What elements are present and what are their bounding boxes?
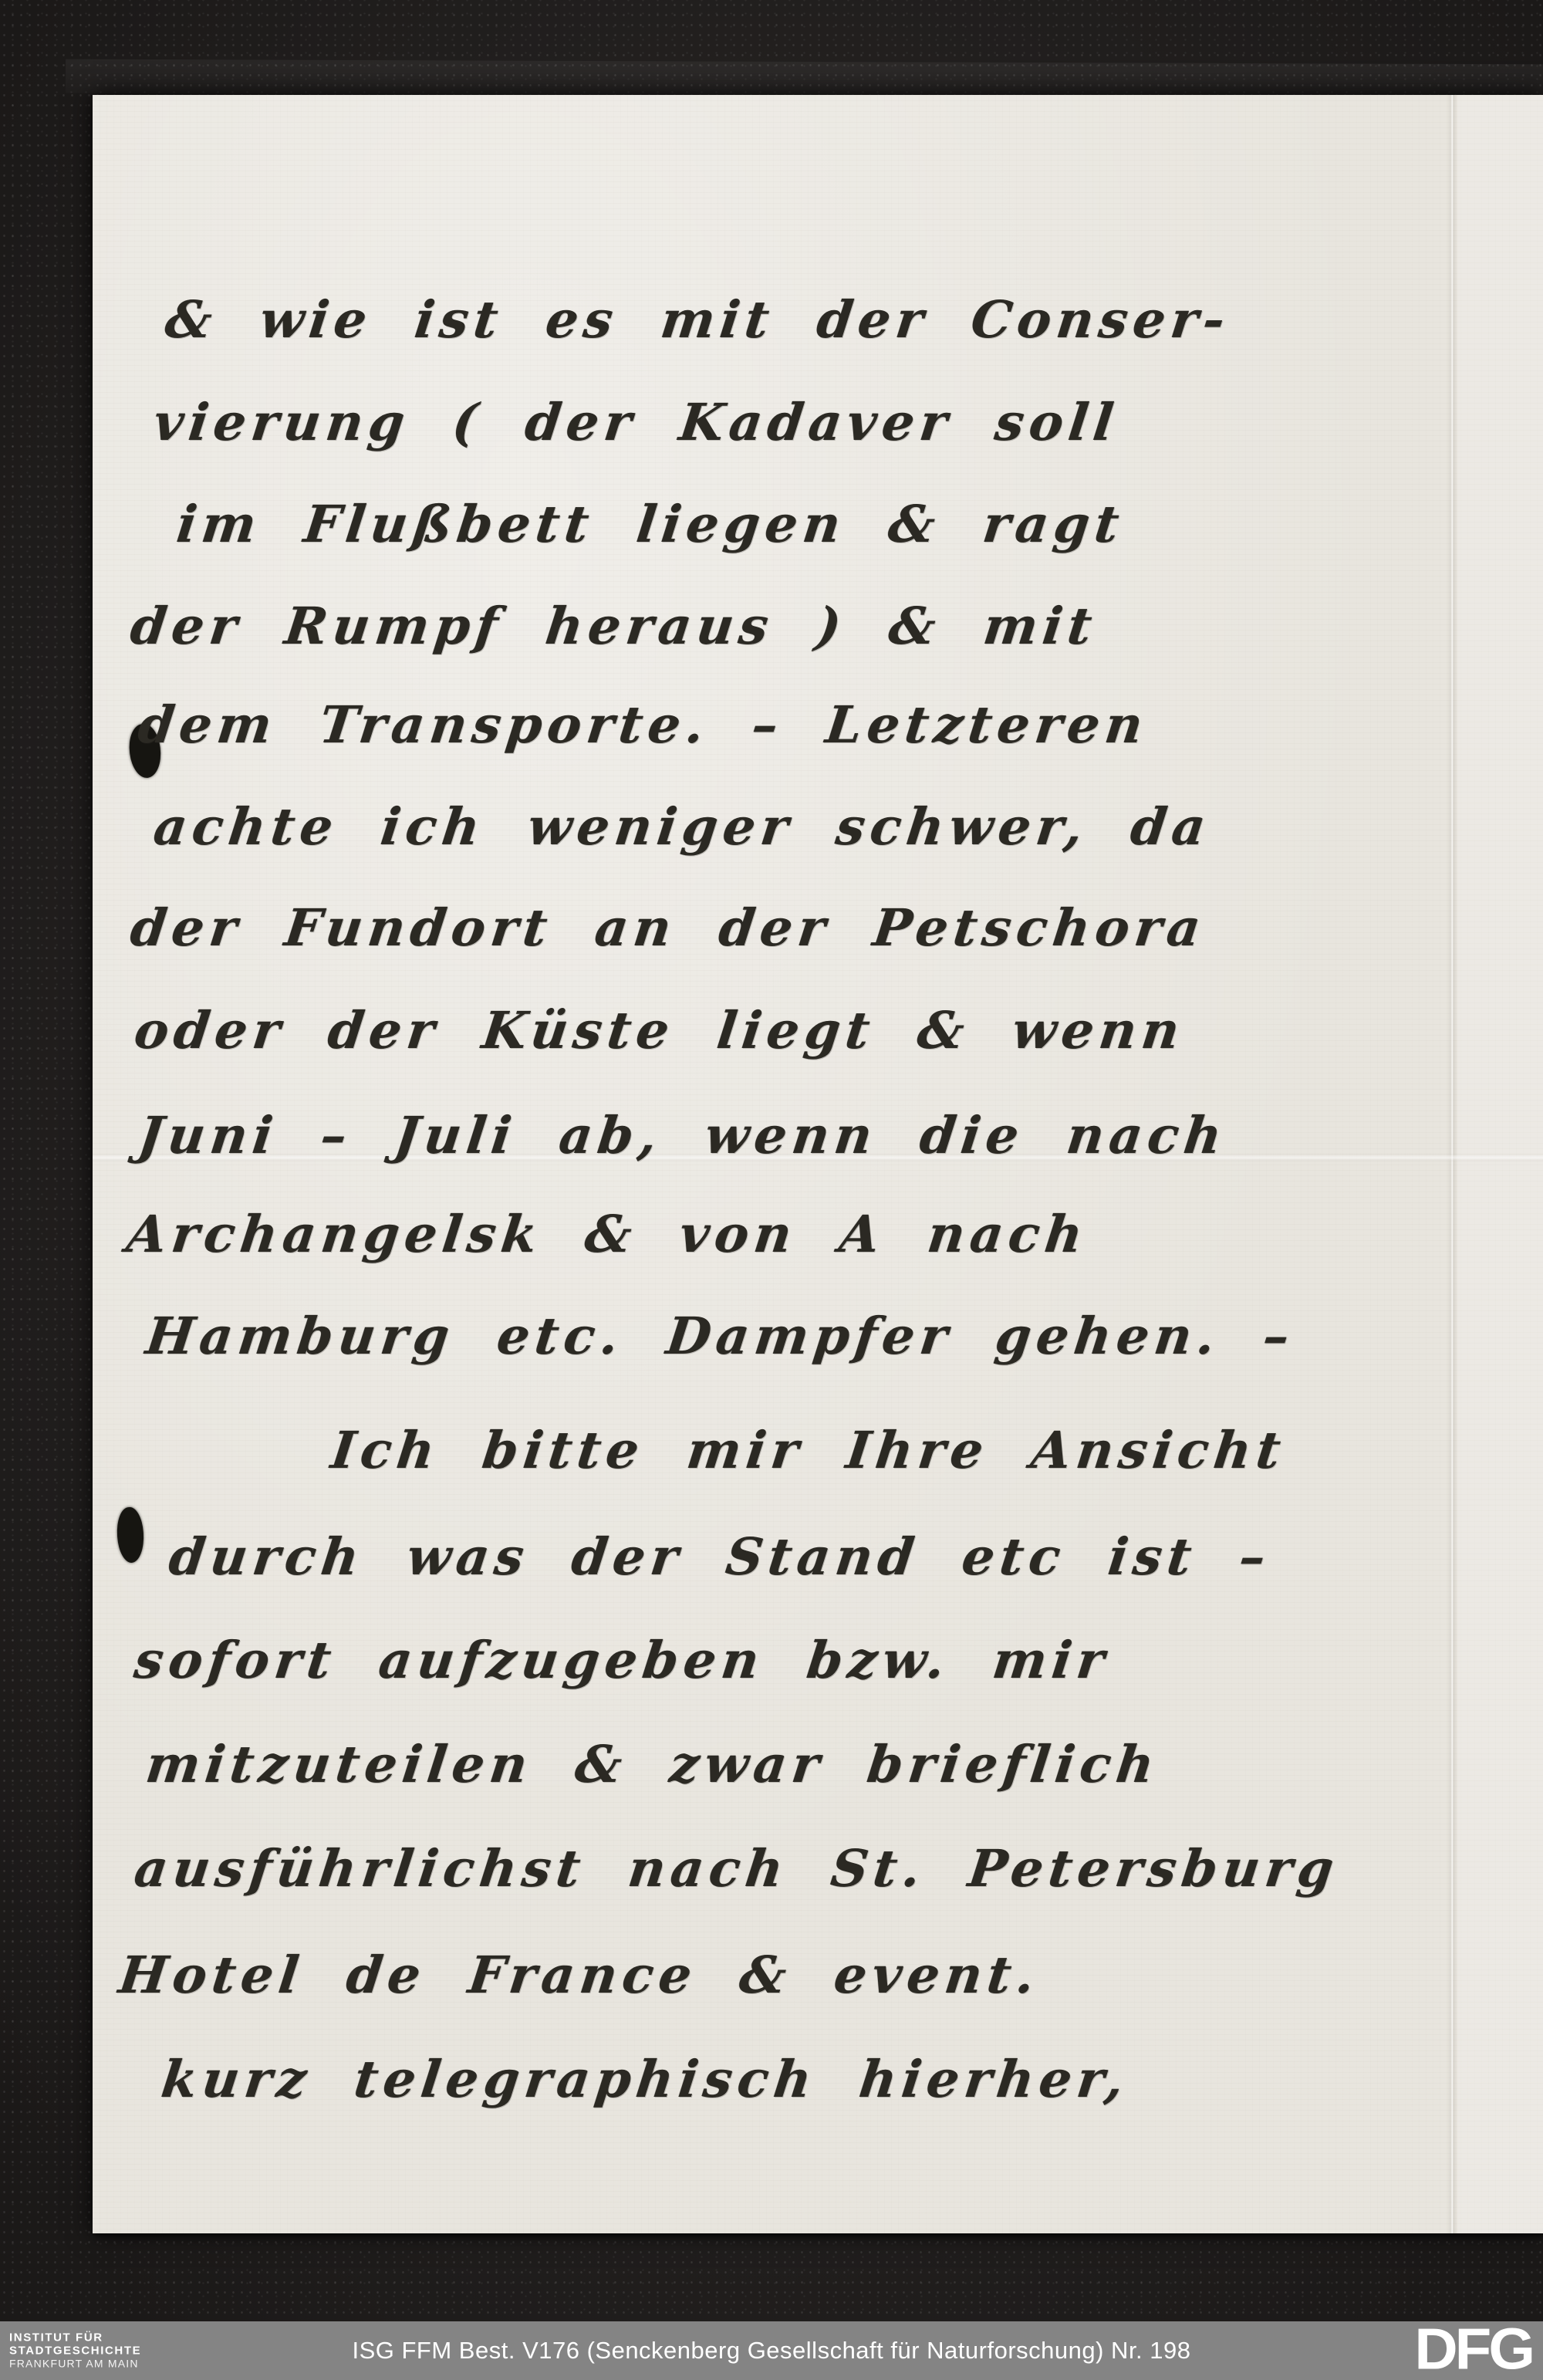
handwriting-line: im Flußbett liegen & ragt: [174, 494, 1128, 554]
handwriting-line: oder der Küste liegt & wenn: [131, 1000, 1188, 1060]
handwriting-line: Ich bitte mir Ihre Ansicht: [328, 1420, 1289, 1480]
handwriting-line: Hotel de France & event.: [116, 1945, 1043, 2005]
handwriting-line: & wie ist es mit der Conser-: [162, 289, 1234, 350]
mat-bevel-shadow: [66, 59, 1543, 99]
handwriting-line: Archangelsk & von A nach: [123, 1204, 1092, 1264]
footer-caption: ISG FFM Best. V176 (Senckenberg Gesellsc…: [0, 2337, 1543, 2365]
handwriting-text-block: & wie ist es mit der Conser-vierung ( de…: [93, 95, 1543, 2233]
handwriting-line: achte ich weniger schwer, da: [150, 796, 1214, 857]
handwriting-line: kurz telegraphisch hierher,: [158, 2049, 1133, 2109]
handwriting-line: Juni – Juli ab, wenn die nach: [135, 1105, 1231, 1165]
handwriting-line: durch was der Stand etc ist –: [166, 1526, 1275, 1587]
handwriting-line: sofort aufzugeben bzw. mir: [131, 1630, 1113, 1690]
handwriting-line: mitzuteilen & zwar brieflich: [143, 1734, 1163, 1794]
handwriting-line: ausführlichst nach St. Petersburg: [131, 1838, 1342, 1898]
handwriting-line: der Fundort an der Petschora: [127, 898, 1209, 958]
footer-bar: INSTITUT FÜR STADTGESCHICHTE FRANKFURT A…: [0, 2321, 1543, 2380]
handwriting-line: vierung ( der Kadaver soll: [150, 392, 1122, 452]
handwriting-line: der Rumpf heraus ) & mit: [127, 596, 1100, 656]
handwriting-line: dem Transporte. – Letzteren: [135, 695, 1151, 755]
letter-paper: & wie ist es mit der Conser-vierung ( de…: [93, 95, 1543, 2233]
dfg-logo: DFG: [1414, 2316, 1532, 2380]
handwriting-line: Hamburg etc. Dampfer gehen. –: [143, 1306, 1298, 1366]
